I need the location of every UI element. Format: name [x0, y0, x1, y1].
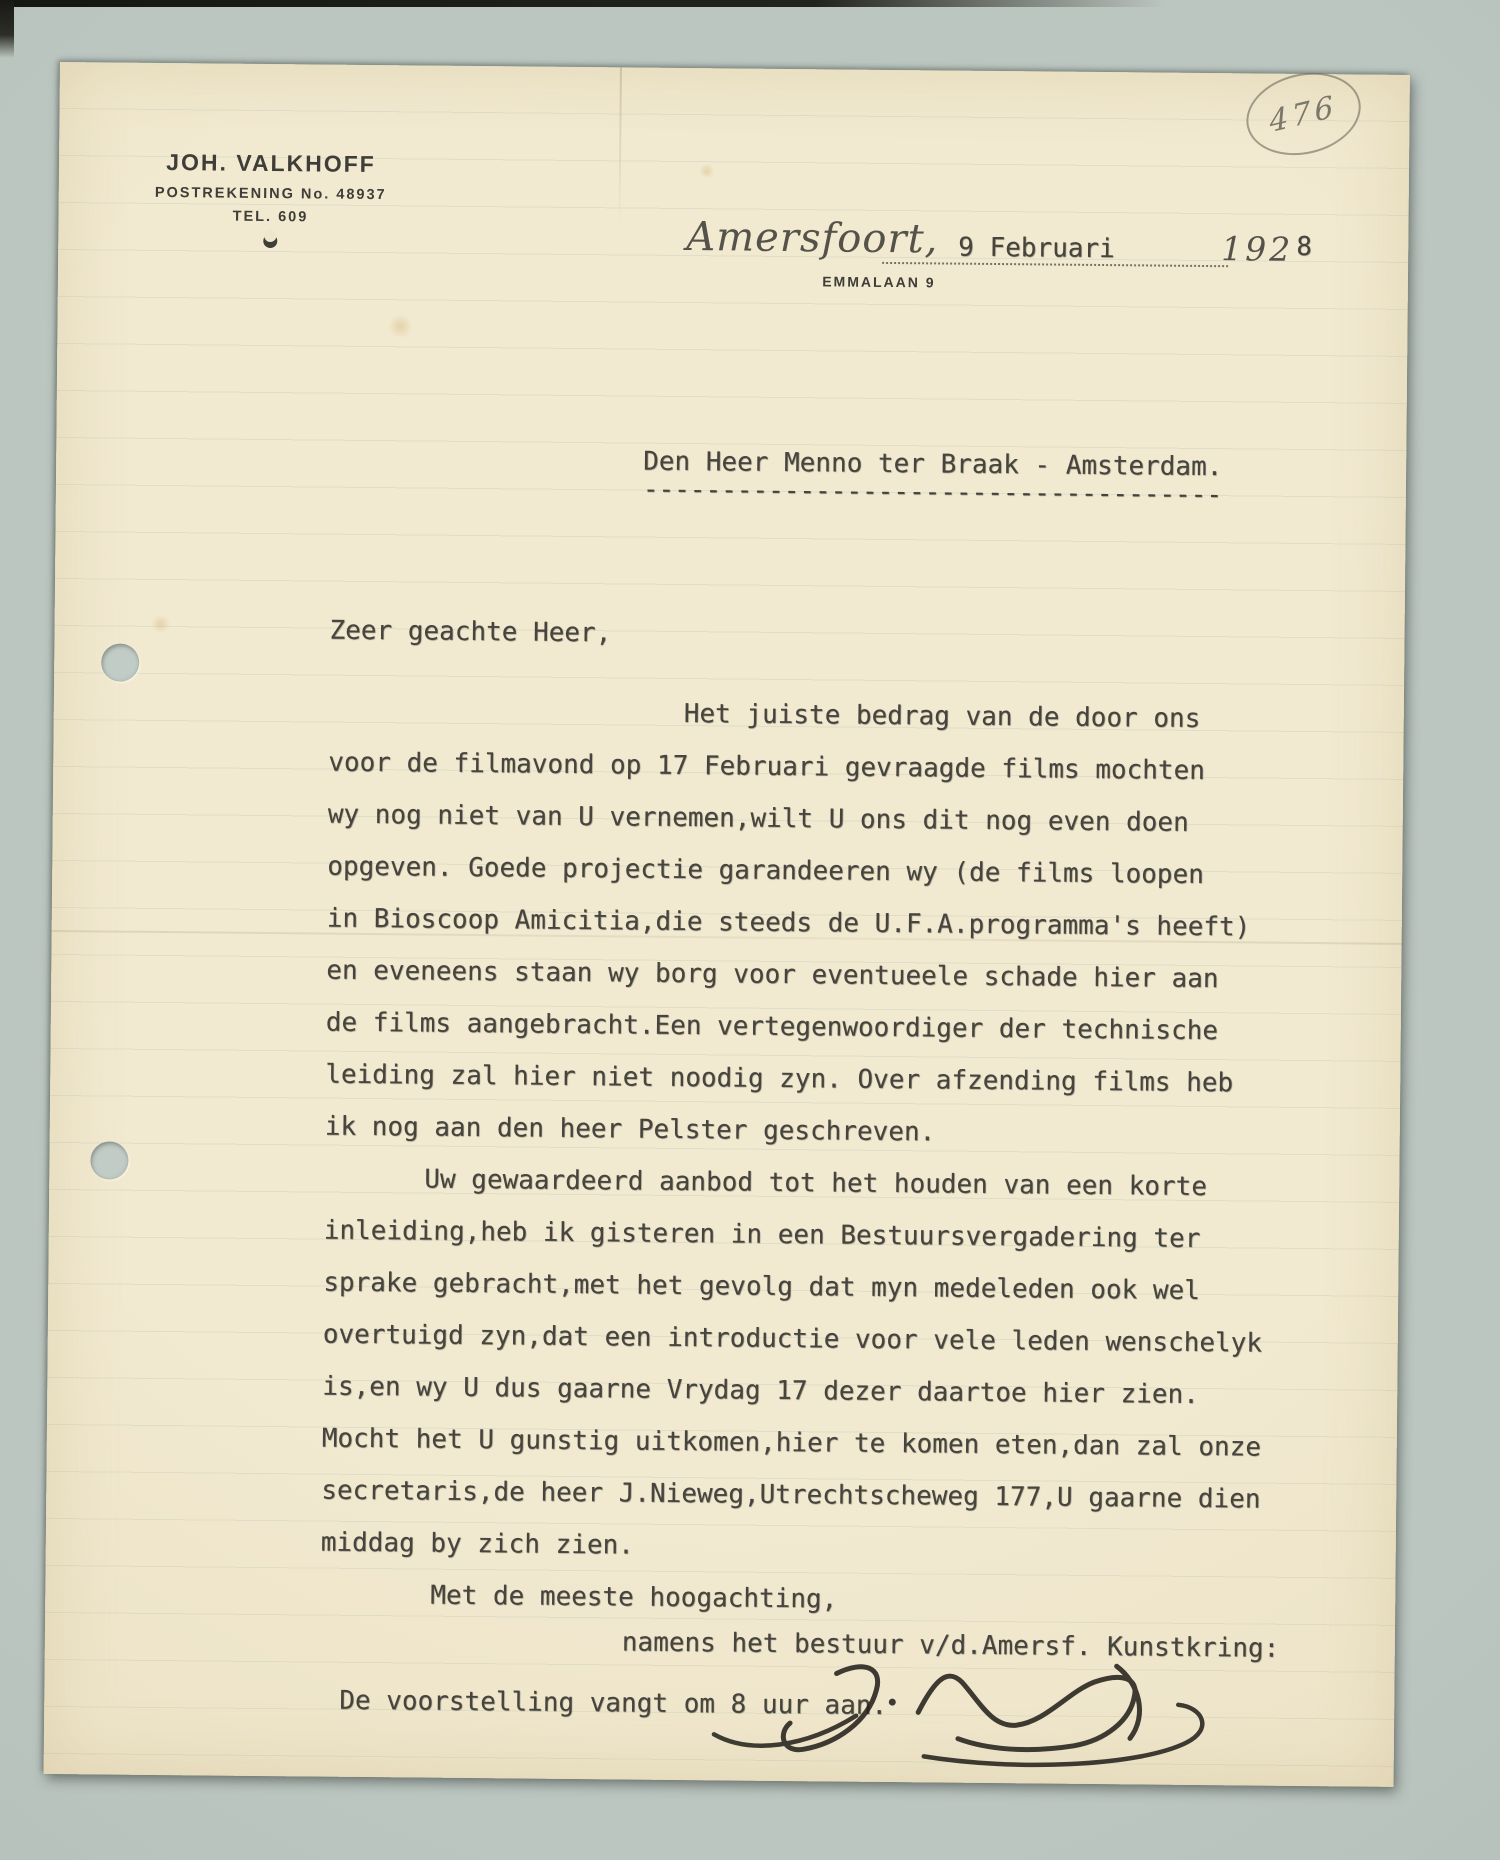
salutation: Zeer geachte Heer, [329, 616, 611, 649]
scan-edge-strip [0, 0, 1165, 7]
dateline-place: Amersfoort, [686, 214, 938, 262]
foxing-stain [387, 315, 413, 337]
body-line: inleiding,heb ik gisteren in een Bestuur… [324, 1216, 1201, 1254]
dateline-date: 9 Februari [958, 233, 1115, 265]
archival-number-mark: 476 [1238, 62, 1369, 167]
body-line: middag by zich zien. [321, 1528, 634, 1561]
letterhead-telephone: TEL. 609 [150, 208, 390, 226]
body-line: secretaris,de heer J.Nieweg,Utrechtschew… [321, 1476, 1260, 1515]
closing-line: Met de meeste hoogachting, [430, 1581, 837, 1615]
body-line: sprake gebracht,met het gevolg dat myn m… [323, 1268, 1200, 1306]
dateline-street: EMMALAAN 9 [804, 273, 954, 290]
dateline-year-suffix: 8 [1296, 232, 1312, 262]
body-line: de films aangebracht.Een vertegenwoordig… [326, 1008, 1218, 1047]
fold-crease-vertical [618, 67, 622, 227]
letterhead-postal-account: POSTREKENING No. 48937 [151, 185, 391, 203]
letterhead-name: JOH. VALKHOFF [151, 149, 391, 178]
ornament-crescent [263, 234, 277, 248]
letterhead: JOH. VALKHOFF POSTREKENING No. 48937 TEL… [150, 149, 391, 250]
body-line: en eveneens staan wy borg voor eventueel… [326, 956, 1218, 995]
foxing-stain [151, 615, 171, 633]
body-line: ik nog aan den heer Pelster geschreven. [325, 1112, 936, 1148]
body-line: Mocht het U gunstig uitkomen,hier te kom… [322, 1424, 1261, 1463]
punch-hole [101, 643, 139, 681]
letter-paper: JOH. VALKHOFF POSTREKENING No. 48937 TEL… [44, 62, 1410, 1787]
crescent-dot-ornament-icon [262, 231, 278, 249]
body-line: in Bioscoop Amicitia,die steeds de U.F.A… [327, 904, 1251, 943]
scan-edge-corner [0, 0, 14, 58]
dateline-year-prefix: 192 [1221, 229, 1293, 269]
body-line: opgeven. Goede projectie garandeeren wy … [327, 852, 1204, 890]
punch-hole [90, 1141, 128, 1179]
foxing-stain [699, 164, 715, 178]
body-line: wy nog niet van U vernemen,wilt U ons di… [328, 800, 1189, 838]
body-line: leiding zal hier niet noodig zyn. Over a… [325, 1060, 1233, 1099]
body-line: Het juiste bedrag van de door ons [684, 699, 1201, 734]
scanned-letter-page: { "archival": { "mark": "476" }, "letter… [0, 0, 1500, 1860]
body-line: voor de filmavond op 17 Februari gevraag… [328, 748, 1205, 786]
body-line: is,en wy U dus gaarne Vrydag 17 dezer da… [322, 1372, 1199, 1410]
body-line: Uw gewaardeerd aanbod tot het houden van… [424, 1165, 1207, 1203]
handwritten-signature [684, 1636, 1275, 1787]
archival-number: 476 [1268, 88, 1339, 139]
body-line: overtuigd zyn,dat een introductie voor v… [323, 1320, 1262, 1359]
addressee-underline: ------------------------------------- [643, 475, 1222, 511]
